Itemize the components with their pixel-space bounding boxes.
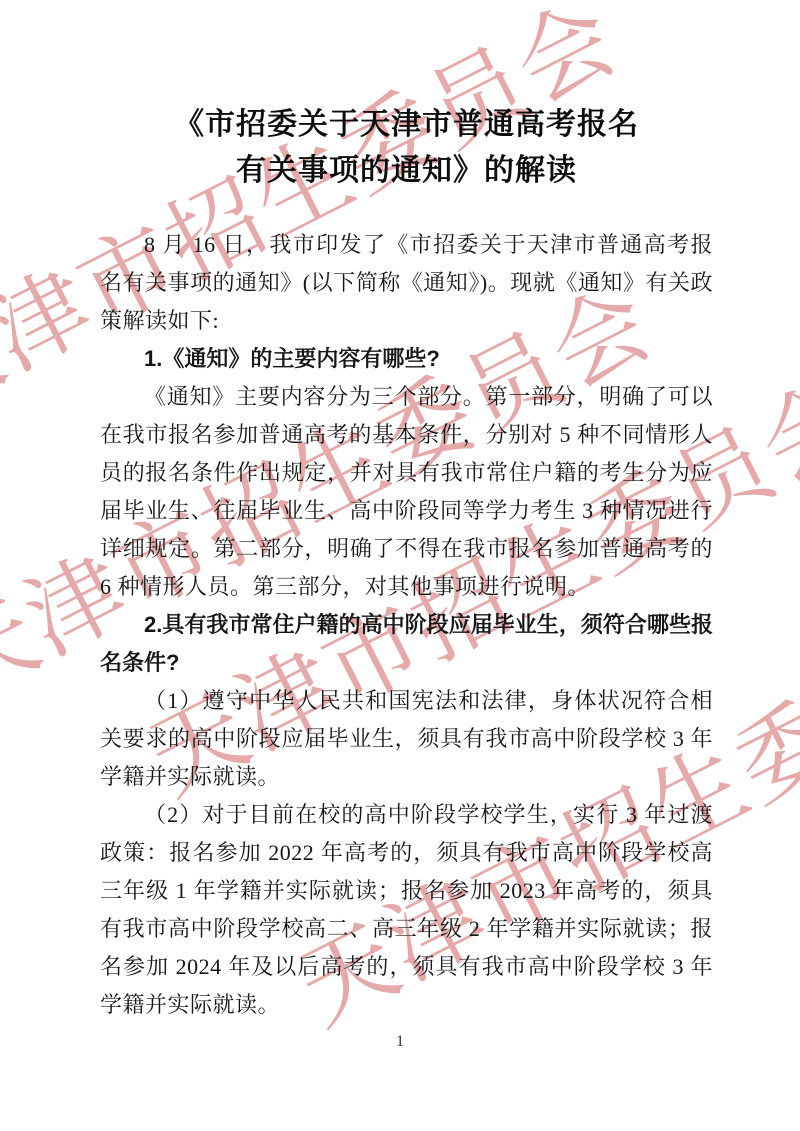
document-title-line2: 有关事项的通知》的解读 [236, 154, 577, 187]
document-title: 《市招委关于天津市普通高考报名有关事项的通知》的解读 [100, 102, 713, 194]
page-number: 1 [0, 1033, 800, 1051]
question-2-item-2: （2）对于目前在校的高中阶段学校学生，实行 3 年过渡政策：报名参加 2022 … [100, 796, 713, 1024]
question-2-heading: 2.具有我市常住户籍的高中阶段应届毕业生，须符合哪些报名条件? [100, 606, 713, 682]
document-page: 天津市招生委员会 天津市招生委员会 天津市招生委员会 天津市招生委员会 《市招委… [0, 0, 800, 1131]
question-2-item-1: （1）遵守中华人民共和国宪法和法律，身体状况符合相关要求的高中阶段应届毕业生，须… [100, 682, 713, 796]
document-content: 《市招委关于天津市普通高考报名有关事项的通知》的解读 8 月 16 日，我市印发… [0, 0, 800, 1024]
question-1-heading: 1.《通知》的主要内容有哪些? [100, 340, 713, 378]
document-title-line1: 《市招委关于天津市普通高考报名 [174, 108, 639, 141]
question-1-answer: 《通知》主要内容分为三个部分。第一部分，明确了可以在我市报名参加普通高考的基本条… [100, 378, 713, 606]
intro-paragraph: 8 月 16 日，我市印发了《市招委关于天津市普通高考报名有关事项的通知》(以下… [100, 226, 713, 340]
